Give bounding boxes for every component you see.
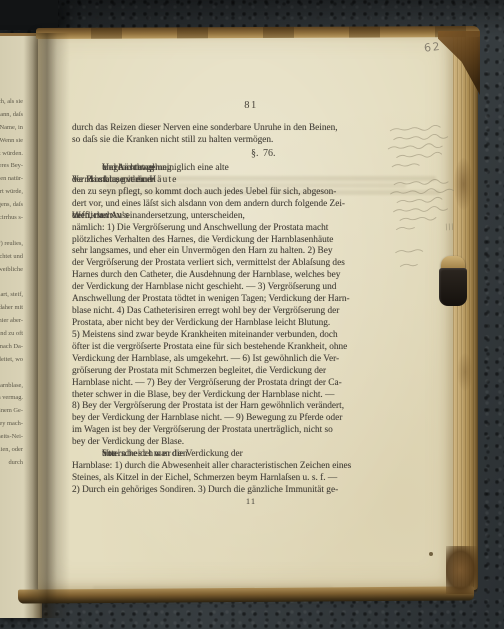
text-segment: trefflicher Auseinandersetzung, untersch…: [72, 211, 245, 223]
text-line: so daſs sie die Kranken nicht still zu h…: [72, 134, 408, 146]
text-line: gröſserung der Prostata mit Schmerzen be…: [72, 366, 408, 378]
fragment-line: e weibliche: [0, 264, 23, 277]
text-segment: nämlich: 1) Die Vergröſserung und Anschw…: [72, 223, 328, 235]
fragment-line: richtet und: [0, 251, 23, 264]
fragment-line: [0, 225, 23, 238]
text-segment: durch das Reizen dieser Nerven eine sond…: [72, 122, 338, 134]
text-segment: blase nicht. 4) Das Catheterisiren erreg…: [72, 306, 339, 318]
fragment-line: n vermag.: [0, 392, 23, 405]
text-line: 8) Bey der Vergröſserung der Prostata is…: [72, 401, 408, 413]
fragment-line: nach Da-: [0, 341, 23, 354]
text-line: durch das Reizen dieser Nerven eine sond…: [72, 122, 408, 134]
fragment-line: daher mit: [0, 302, 23, 315]
fragment-line: durch: [0, 457, 23, 470]
text-line: plötzliches Verhalten des Harnes, die Ve…: [72, 235, 408, 247]
facing-page-text-fragments: lich, als siekann, daſser Name, inWenn s…: [0, 96, 23, 470]
text-segment: der Harnblase verbun-: [72, 175, 155, 187]
page-fore-edge: [453, 33, 478, 590]
fragment-line: rigens, daſs: [0, 199, 23, 212]
fragment-line: [0, 367, 23, 380]
fragment-line: lien, oder: [0, 444, 23, 457]
fragment-line: er Name, in: [0, 122, 23, 135]
fragment-line: einem Ge-: [0, 405, 23, 418]
text-segment: der Vergröſserung der Prostata verliert …: [72, 258, 345, 270]
fragment-line: rt würden.: [0, 148, 23, 161]
text-segment: Harnblase: 1) durch die Abwesenheit alle…: [72, 461, 351, 473]
signature-mark: 11: [72, 496, 408, 506]
text-line: sehr langsames, und eher ein Unvermögen …: [72, 246, 408, 258]
book-clasp: [439, 268, 467, 306]
text-line: den zu seyn pflegt, so kommt doch auch j…: [72, 187, 408, 199]
fragment-line: rt würde,: [0, 186, 23, 199]
book-photograph: lich, als siekann, daſser Name, inWenn s…: [0, 0, 504, 629]
fore-edge-stain: [457, 353, 473, 391]
text-line: chen, nach Wichmann's trefflicher Ausein…: [72, 211, 408, 223]
section-mark: §.: [251, 148, 259, 159]
fragment-line: heits-Nei-: [0, 431, 23, 444]
text-line: Verdickung der Harnblase, als umgekehrt.…: [72, 354, 408, 366]
page-bottom-edge: [18, 586, 474, 603]
text-line: dert vor, und eines läſst sich alsdann v…: [72, 199, 408, 211]
text-line: Von Steinbeschwerden unterscheidet man d…: [72, 449, 408, 461]
text-line: Ungeachtet gemeiniglich eine alte Verhär…: [72, 163, 408, 175]
ink-spot: [429, 552, 433, 556]
text-segment: bey der Verdickung der Harnblase nicht. …: [72, 413, 342, 425]
text-line: Steines, als Kitzel in der Eichel, Schme…: [72, 473, 408, 485]
fragment-line: Scirrhus s-: [0, 212, 23, 225]
text-line: Harnes durch den Catheter, die Ausdehnun…: [72, 270, 408, 282]
text-segment: im Wagen ist bey der Vergröſserung der P…: [72, 425, 333, 437]
fore-edge-leaves: [453, 33, 478, 590]
text-segment: Anschwellung der Prostata tödtet in weni…: [72, 294, 350, 306]
fragment-line: leitet, wo: [0, 354, 23, 367]
text-segment: 8) Bey der Vergröſserung der Prostata is…: [72, 401, 344, 413]
text-segment: bey der Verdickung der Blase.: [72, 437, 184, 449]
fragment-line: *) reulies,: [0, 238, 23, 251]
book-page: 81 durch das Reizen dieser Nerven eine s…: [38, 31, 453, 590]
text-line: bey der Verdickung der Blase.: [72, 437, 408, 449]
text-line: der Verdickung der Harnblase nicht gesch…: [72, 282, 408, 294]
text-line: im Wagen ist bey der Vergröſserung der P…: [72, 425, 408, 437]
fragment-line: hart, steif,: [0, 289, 23, 302]
fragment-line: nderes Bey-: [0, 160, 23, 173]
text-line: Anschwellung der Prostata tödtet in weni…: [72, 294, 408, 306]
fragment-line: lich, als sie: [0, 96, 23, 109]
page-top-edge: [36, 26, 480, 39]
text-segment: dert vor, und eines läſst sich alsdann v…: [72, 199, 345, 211]
fragment-line: und zu oft: [0, 328, 23, 341]
text-segment: Harnblase nicht. — 7) Bey der Vergröſser…: [72, 378, 342, 390]
fragment-line: [0, 276, 23, 289]
fragment-line: hier aber-: [0, 315, 23, 328]
text-segment: 5) Meistens sind zwar beyde Krankheiten …: [72, 330, 338, 342]
text-segment: so daſs sie die Kranken nicht still zu h…: [72, 134, 273, 146]
text-segment: plötzliches Verhalten des Harnes, die Ve…: [72, 235, 333, 247]
text-segment: theter schwer in die Blase, bey der Verd…: [72, 390, 334, 402]
text-segment: Verdickung der Harnblase, als umgekehrt.…: [72, 354, 339, 366]
text-segment: und Anschwellung: [87, 163, 171, 175]
fragment-line: bey mach-: [0, 418, 23, 431]
facing-page-sliver: lich, als siekann, daſser Name, inWenn s…: [0, 33, 42, 618]
text-line: öfter ist die vergröſserte Prostata eine…: [72, 342, 408, 354]
text-line: theter schwer in die Blase, bey der Verd…: [72, 390, 408, 402]
section-number: 76.: [263, 148, 276, 159]
text-line: 5) Meistens sind zwar beyde Krankheiten …: [72, 330, 408, 342]
top-edge-stains: [36, 26, 480, 39]
background-dark-patch: [0, 0, 58, 30]
text-line: bey der Verdickung der Harnblase nicht. …: [72, 413, 408, 425]
paragraph-continuation: durch das Reizen dieser Nerven eine sond…: [72, 122, 408, 147]
handwritten-marginalia: [386, 122, 466, 278]
text-segment: den zu seyn pflegt, so kommt doch auch j…: [72, 187, 336, 199]
text-line: nämlich: 1) Die Vergröſserung und Anschw…: [72, 223, 408, 235]
fragment-line: nen natür-: [0, 173, 23, 186]
text-segment: Steines, als Kitzel in der Eichel, Schme…: [72, 473, 337, 485]
text-segment: der Verdickung der Harnblase nicht gesch…: [72, 282, 336, 294]
text-line: Harnblase: 1) durch die Abwesenheit alle…: [72, 461, 408, 473]
body-paragraphs: Ungeachtet gemeiniglich eine alte Verhär…: [72, 163, 408, 497]
text-segment: gröſserung der Prostata mit Schmerzen be…: [72, 366, 326, 378]
text-line: Prostata, aber nicht bey der Verdickung …: [72, 318, 408, 330]
fragment-line: kann, daſs: [0, 109, 23, 122]
printed-page-number: 81: [72, 100, 408, 111]
text-segment: sehr langsames, und eher ein Unvermögen …: [72, 246, 333, 258]
bottom-corner-damage: [446, 546, 478, 594]
text-segment: unterscheidet man die Verdickung der: [87, 449, 243, 461]
text-line: blase nicht. 4) Das Catheterisiren erreg…: [72, 306, 408, 318]
text-line: Harnblase nicht. — 7) Bey der Vergröſser…: [72, 378, 408, 390]
fragment-line: Harnblase,: [0, 380, 23, 393]
fragment-line: Wenn sie: [0, 135, 23, 148]
text-segment: öfter ist die vergröſserte Prostata eine…: [72, 342, 347, 354]
text-segment: Harnes durch den Catheter, die Ausdehnun…: [72, 270, 340, 282]
text-segment: Prostata, aber nicht bey der Verdickung …: [72, 318, 330, 330]
text-line: der Prostata, mit einer Verdickung der H…: [72, 175, 408, 187]
text-line: der Vergröſserung der Prostata verliert …: [72, 258, 408, 270]
